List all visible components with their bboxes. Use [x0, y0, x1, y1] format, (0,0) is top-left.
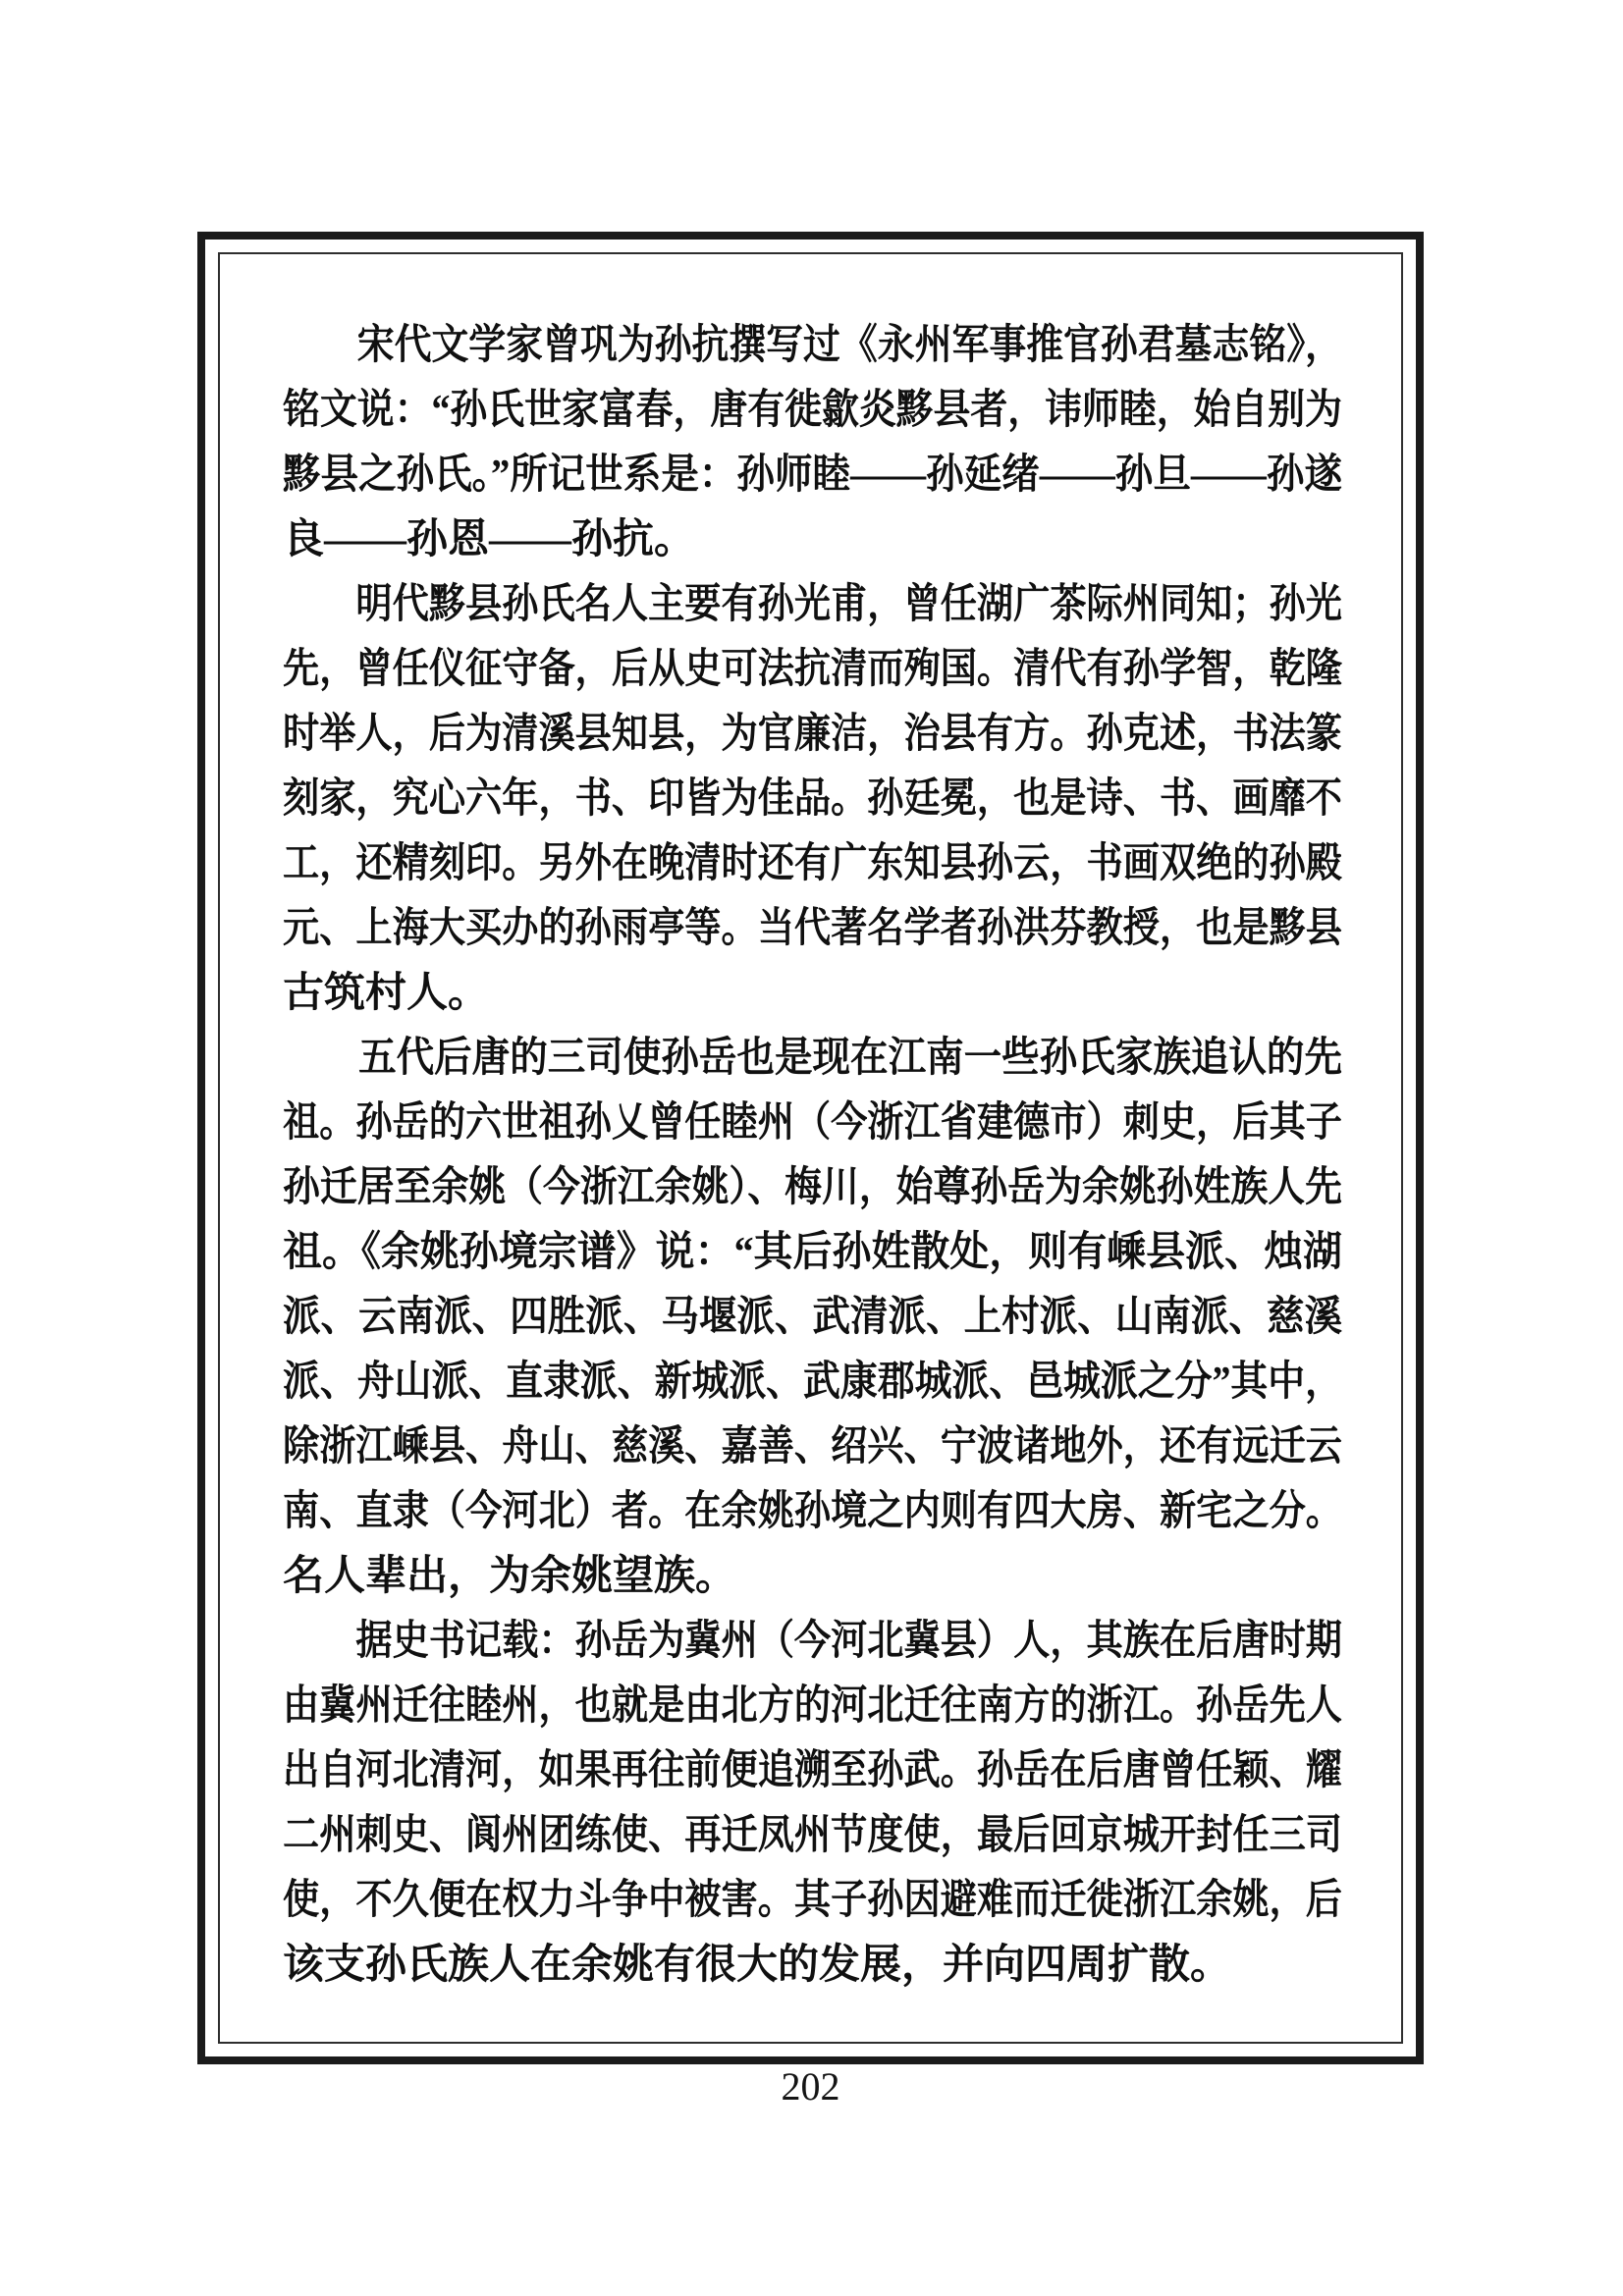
text-line: 时举人，后为清溪县知县，为官廉洁，治县有方。孙克述，书法篆 [283, 702, 1221, 767]
page-border-inner: 宋代文学家曾巩为孙抗撰写过《永州军事推官孙君墓志铭》，铭文说：“孙氏世家富春，唐… [218, 252, 1403, 2044]
text-line: 使，不久便在权力斗争中被害。其子孙因避难而迁徙浙江余姚，后 [283, 1868, 1221, 1933]
text-body: 宋代文学家曾巩为孙抗撰写过《永州军事推官孙君墓志铭》，铭文说：“孙氏世家富春，唐… [283, 313, 1342, 2022]
text-line: 孙迁居至余姚（今浙江余姚）、梅川，始尊孙岳为余姚孙姓族人先 [283, 1155, 1238, 1220]
text-line: 工，还精刻印。另外在晚清时还有广东知县孙云，书画双绝的孙殿 [283, 831, 1221, 896]
text-line: 宋代文学家曾巩为孙抗撰写过《永州军事推官孙君墓志铭》， [283, 313, 1238, 378]
text-line: 二州刺史、阆州团练使、再迁凤州节度使，最后回京城开封任三司 [283, 1803, 1221, 1868]
page-border-outer: 宋代文学家曾巩为孙抗撰写过《永州军事推官孙君墓志铭》，铭文说：“孙氏世家富春，唐… [197, 232, 1424, 2064]
text-line: 良——孙恩——孙抗。 [283, 507, 1342, 572]
text-line: 名人辈出，为余姚望族。 [283, 1544, 1342, 1609]
text-line: 派、舟山派、直隶派、新城派、武康郡城派、邑城派之分”其中， [283, 1350, 1238, 1415]
text-line: 古筑村人。 [283, 961, 1342, 1026]
text-line: 该支孙氏族人在余姚有很大的发展，并向四周扩散。 [283, 1933, 1342, 1998]
text-line: 五代后唐的三司使孙岳也是现在江南一些孙氏家族追认的先 [283, 1026, 1255, 1091]
text-line: 据史书记载：孙岳为冀州（今河北冀县）人，其族在后唐时期 [283, 1609, 1221, 1674]
text-line: 黟县之孙氏。”所记世系是：孙师睦——孙延绪——孙旦——孙遂 [283, 443, 1255, 507]
text-line: 由冀州迁往睦州，也就是由北方的河北迁往南方的浙江。孙岳先人 [283, 1674, 1221, 1738]
text-line: 除浙江嵊县、舟山、慈溪、嘉善、绍兴、宁波诸地外，还有远迁云 [283, 1415, 1221, 1479]
text-line: 祖。孙岳的六世祖孙乂曾任睦州（今浙江省建德市）刺史，后其子 [283, 1091, 1221, 1155]
text-line: 铭文说：“孙氏世家富春，唐有徙歙炎黟县者，讳师睦，始自别为 [283, 378, 1238, 443]
text-line: 出自河北清河，如果再往前便追溯至孙武。孙岳在后唐曾任颖、耀 [283, 1738, 1221, 1803]
text-line: 刻家，究心六年，书、印皆为佳品。孙廷冕，也是诗、书、画靡不 [283, 767, 1221, 831]
text-line: 南、直隶（今河北）者。在余姚孙境之内则有四大房、新宅之分。 [283, 1479, 1221, 1544]
text-line: 明代黟县孙氏名人主要有孙光甫，曾任湖广茶际州同知；孙光 [283, 572, 1221, 637]
text-line: 先，曾任仪征守备，后从史可法抗清而殉国。清代有孙学智，乾隆 [283, 637, 1221, 702]
text-line: 元、上海大买办的孙雨亭等。当代著名学者孙洪芬教授，也是黟县 [283, 896, 1221, 961]
page-number: 202 [197, 2067, 1424, 2107]
text-line: 派、云南派、四胜派、马堰派、武清派、上村派、山南派、慈溪 [283, 1285, 1255, 1350]
text-line: 祖。《余姚孙境宗谱》说：“其后孙姓散处，则有嵊县派、烛湖 [283, 1220, 1291, 1285]
